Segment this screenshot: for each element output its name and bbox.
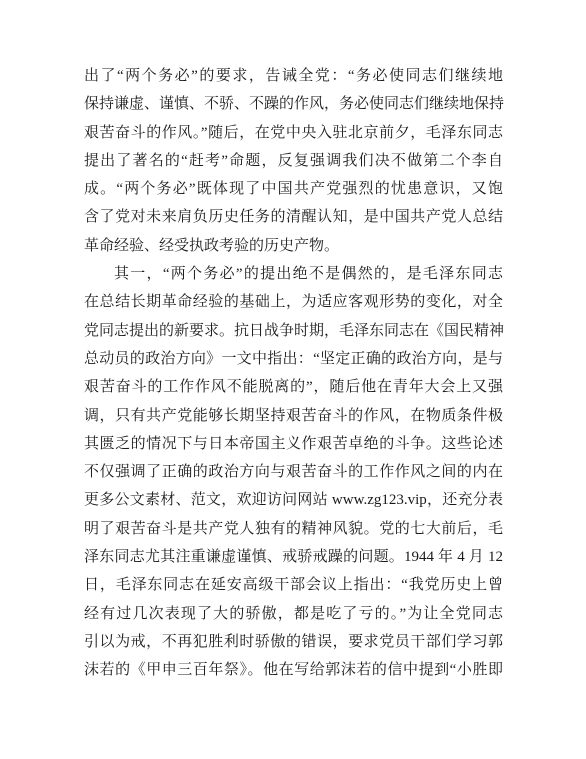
text-line: 艰苦奋斗的作风。”随后，在党中央入驻北京前夕，毛泽东同志: [84, 119, 503, 147]
text-line: 成。“两个务必”既体现了中国共产党强烈的忧患意识，又饱: [84, 175, 503, 203]
text-line: 引以为戒，不再犯胜利时骄傲的错误，要求党员干部们学习郭: [84, 628, 503, 656]
text-line: 其匮乏的情况下与日本帝国主义作艰苦卓绝的斗争。这些论述: [84, 430, 503, 458]
text-line: 党同志提出的新要求。抗日战争时期，毛泽东同志在《国民精神: [84, 317, 503, 345]
text-line: 提出了著名的“赶考”命题，反复强调我们决不做第二个李自: [84, 147, 503, 175]
text-line: 其一，“两个务必”的提出绝不是偶然的，是毛泽东同志: [84, 260, 503, 288]
text-line: 不仅强调了正确的政治方向与艰苦奋斗的工作作风之间的内在: [84, 458, 503, 486]
paragraph-1: 出了“两个务必”的要求，告诫全党：“务必使同志们继续地保持谦虚、谨慎、不骄、不躁…: [84, 62, 503, 260]
text-line: 调，只有共产党能够长期坚持艰苦奋斗的作风，在物质条件极: [84, 402, 503, 430]
text-line: 出了“两个务必”的要求，告诫全党：“务必使同志们继续地: [84, 62, 503, 90]
text-line: 日，毛泽东同志在延安高级干部会议上指出：“我党历史上曾: [84, 571, 503, 599]
text-line: 艰苦奋斗的工作作风不能脱离的”，随后他在青年大会上又强: [84, 373, 503, 401]
text-line: 泽东同志尤其注重谦虚谨慎、戒骄戒躁的问题。1944 年 4 月 12: [84, 543, 503, 571]
text-line: 含了党对未来肩负历史任务的清醒认知，是中国共产党人总结: [84, 203, 503, 231]
paragraph-2: 其一，“两个务必”的提出绝不是偶然的，是毛泽东同志在总结长期革命经验的基础上，为…: [84, 260, 503, 684]
text-line: 革命经验、经受执政考验的历史产物。: [84, 232, 503, 260]
text-line: 沫若的《甲申三百年祭》。他在写给郭沫若的信中提到“小胜即: [84, 656, 503, 684]
text-line: 在总结长期革命经验的基础上，为适应客观形势的变化，对全: [84, 288, 503, 316]
text-line: 经有过几次表现了大的骄傲，都是吃了亏的。”为让全党同志: [84, 600, 503, 628]
document-page: 出了“两个务必”的要求，告诫全党：“务必使同志们继续地保持谦虚、谨慎、不骄、不躁…: [0, 0, 586, 759]
text-line: 更多公文素材、范文，欢迎访问网站 www.zg123.vip，还充分表: [84, 486, 503, 514]
text-line: 保持谦虚、谨慎、不骄、不躁的作风，务必使同志们继续地保持: [84, 90, 503, 118]
text-line: 总动员的政治方向》一文中指出：“坚定正确的政治方向，是与: [84, 345, 503, 373]
document-body: 出了“两个务必”的要求，告诫全党：“务必使同志们继续地保持谦虚、谨慎、不骄、不躁…: [84, 62, 503, 685]
text-line: 明了艰苦奋斗是共产党人独有的精神风貌。党的七大前后，毛: [84, 515, 503, 543]
